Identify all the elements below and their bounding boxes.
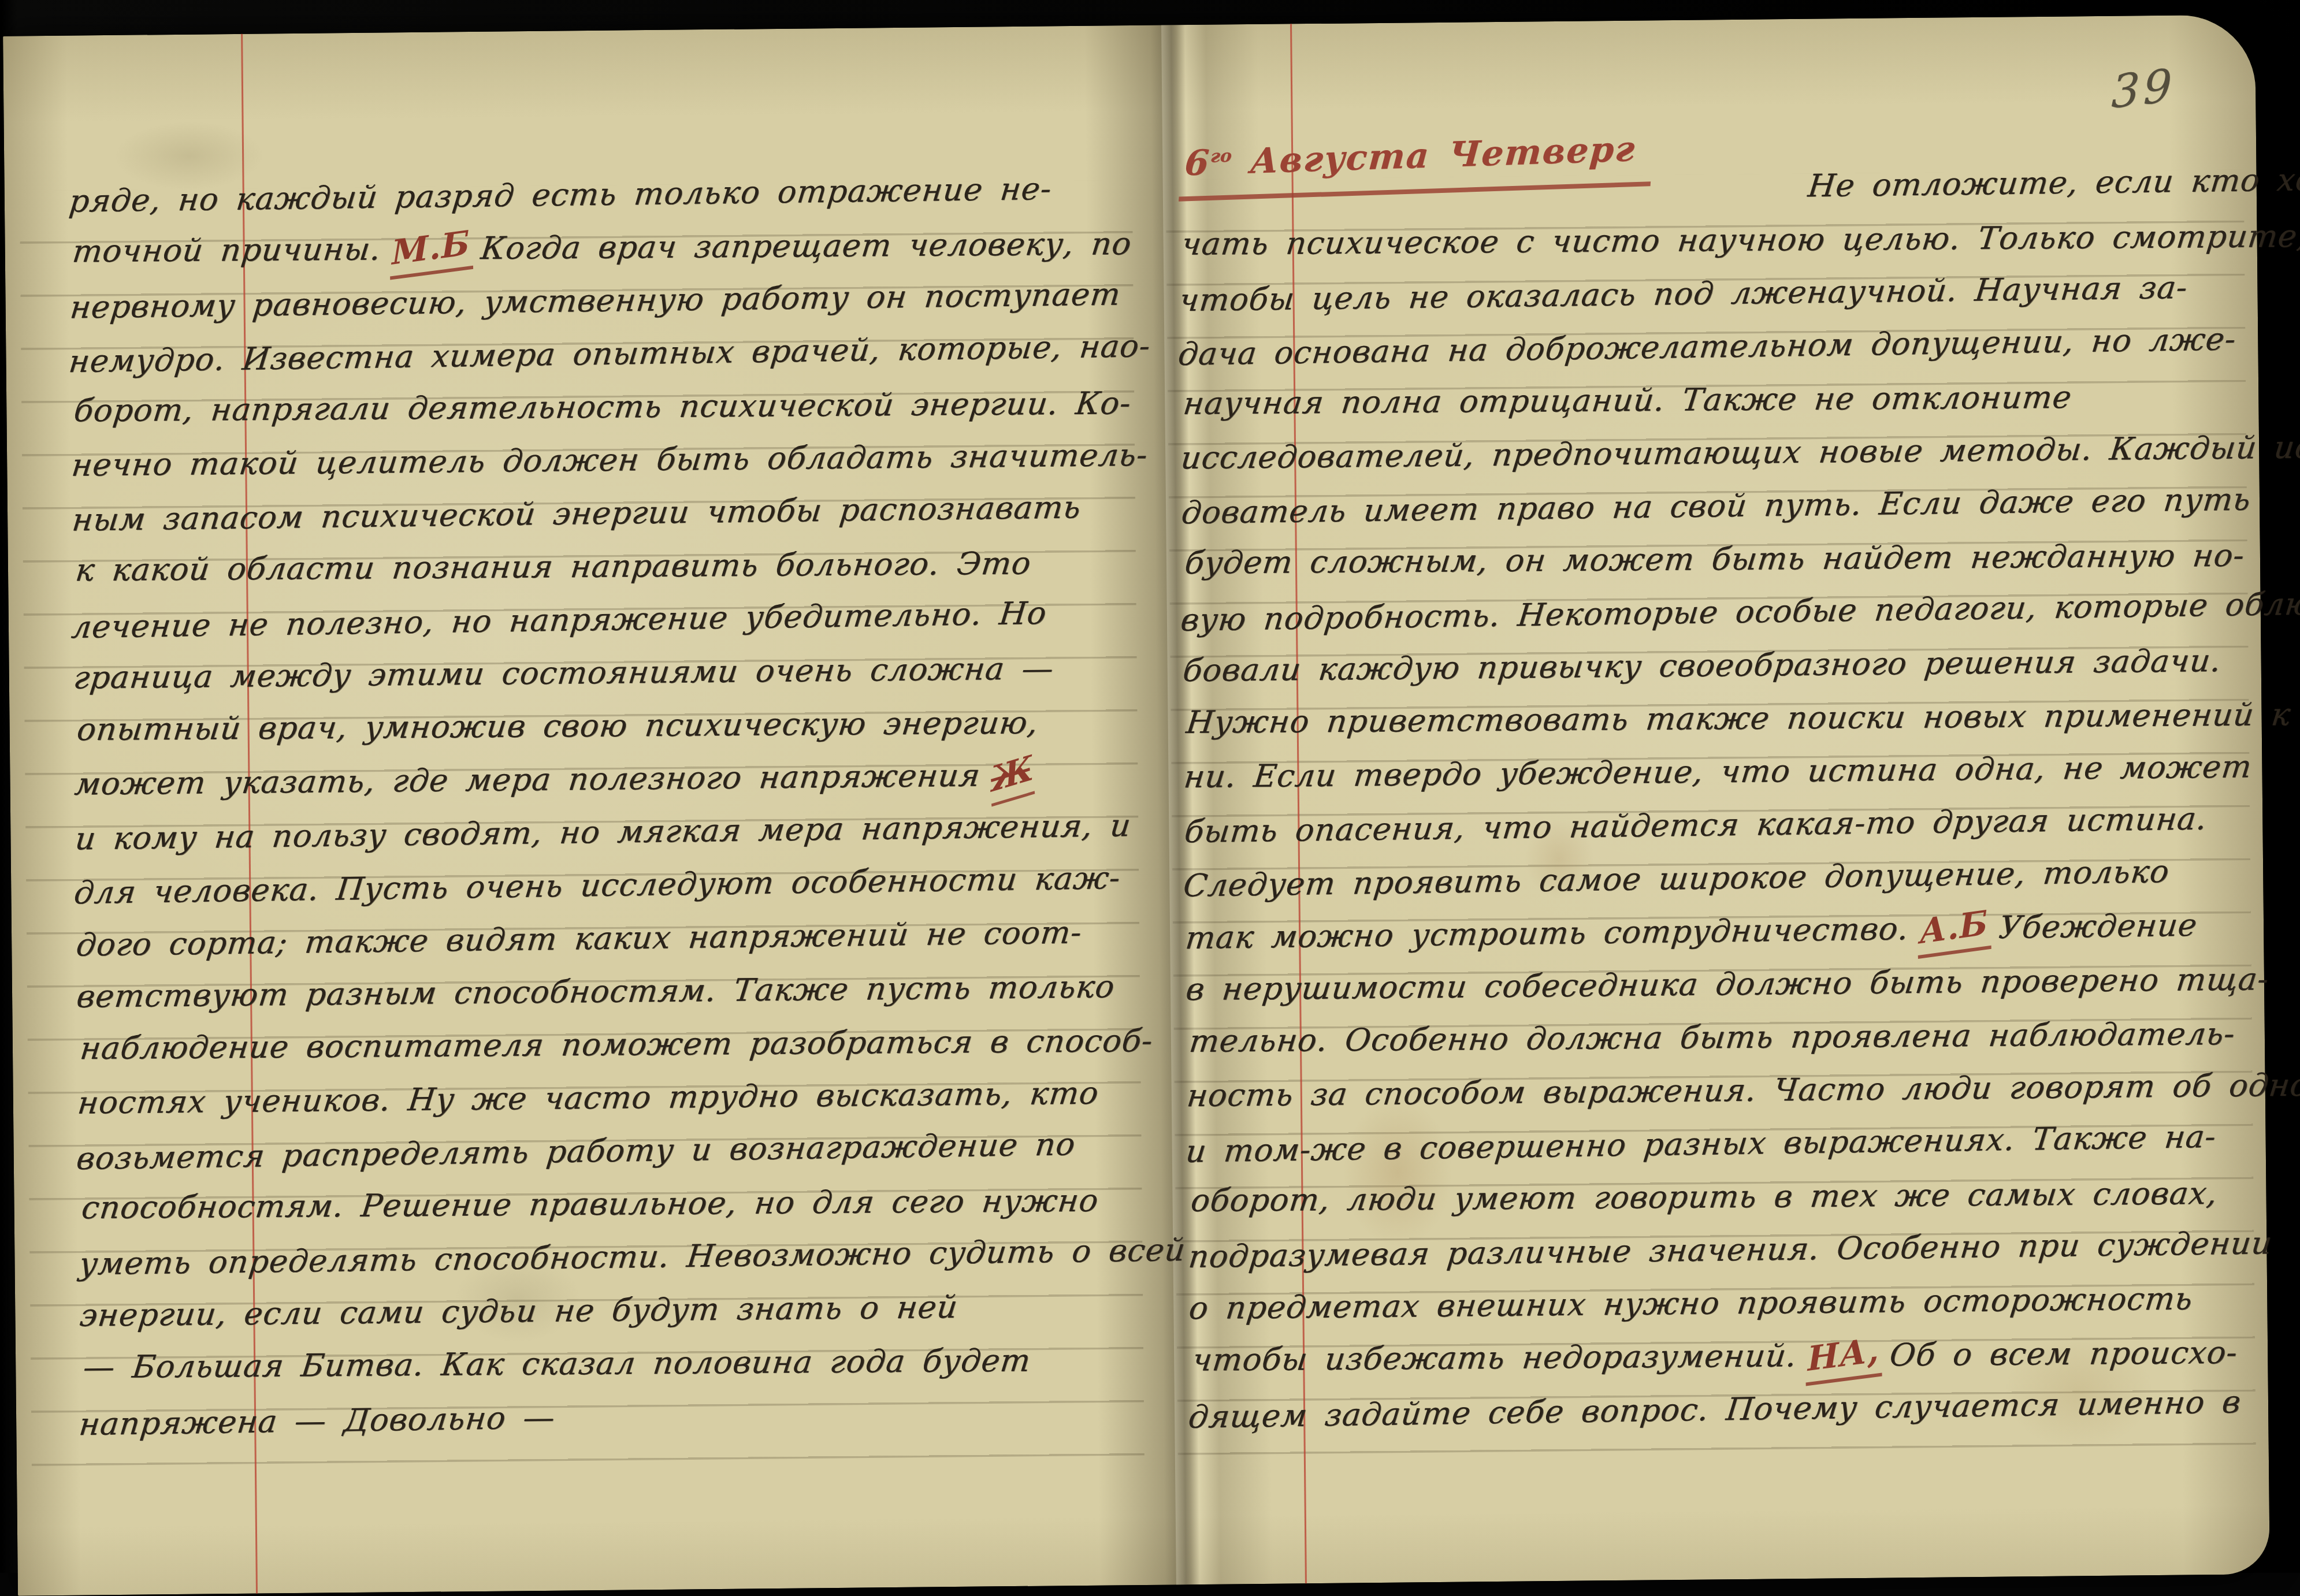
handwritten-line: опытный врач, умножив свою психическую э… — [77, 695, 1152, 756]
line-text: Когда врач запрещает человеку, по — [478, 217, 1134, 275]
entry-date-day: 6 — [1183, 143, 1212, 184]
line-text: Об о всем происхо- — [1887, 1326, 2240, 1382]
line-text: ным запасом психической энергии чтобы ра… — [69, 481, 1084, 546]
line-text: может указать, где мера полезного напряж… — [72, 749, 983, 811]
handwritten-line: в нерушимости собеседника должно быть пр… — [1186, 953, 2265, 1016]
line-text: напряжена — Довольно — — [76, 1391, 558, 1451]
red-annotation-mark: А.Б — [1916, 905, 1991, 959]
red-annotation-mark: М.Б — [389, 225, 473, 280]
line-text: борот, напрягали деятельность психическо… — [71, 377, 1134, 437]
line-text: ветствуют разным способностям. Также пус… — [74, 960, 1118, 1023]
line-text: ряде, но каждый разряд есть только отраж… — [66, 162, 1054, 228]
line-text: в нерушимости собеседника должно быть пр… — [1183, 953, 2272, 1016]
notebook-spread: ряде, но каждый разряд есть только отраж… — [3, 14, 2270, 1573]
handwritten-line: бовали каждую привычку своеобразного реш… — [1183, 634, 2261, 697]
line-text: к какой области познания направить больн… — [73, 537, 1034, 597]
line-text: чтобы избежать недоразумений. — [1190, 1329, 1800, 1387]
handwritten-line: энергии, если сами судьи не будут знать … — [80, 1279, 1155, 1342]
left-page-text: ряде, но каждый разряд есть только отраж… — [69, 163, 1155, 1449]
handwritten-line: ветствуют разным способностям. Также пус… — [77, 960, 1152, 1024]
line-text: Нужно приветствовать также поиски новых … — [1183, 687, 2300, 749]
line-text: так можно устроить сотрудничество. — [1183, 902, 1912, 965]
line-text: опытный врач, умножив свою психическую э… — [74, 696, 1041, 756]
handwritten-line: наблюдение воспитателя поможет разобрать… — [80, 1014, 1155, 1075]
handwritten-line: Нужно приветствовать также поиски новых … — [1186, 689, 2265, 749]
line-text: — Большая Битва. Как сказал половина год… — [80, 1334, 1034, 1394]
page-number: 39 — [2110, 59, 2176, 119]
right-page-text: Не отложите, если кто хочет изу-чать пси… — [1178, 155, 2268, 1441]
scan-background: ряде, но каждый разряд есть только отраж… — [0, 0, 2300, 1573]
handwritten-line: борот, напрягали деятельность психическо… — [74, 377, 1149, 437]
line-text: научная полна отрицаний. Также не отклон… — [1180, 371, 2075, 430]
line-text: энергии, если сами судьи не будут знать … — [77, 1281, 961, 1342]
red-annotation-mark: НА, — [1805, 1332, 1882, 1386]
line-text: наблюдение воспитателя поможет разобрать… — [77, 1014, 1156, 1075]
handwritten-line: научная полна отрицаний. Также не отклон… — [1183, 370, 2262, 430]
handwritten-line: граница между этими состояниями очень сл… — [73, 641, 1149, 705]
red-annotation-mark: Ж — [987, 750, 1035, 807]
line-text: Убеждение — [1996, 899, 2200, 955]
entry-date-ordinal: го — [1210, 146, 1232, 167]
handwritten-line: о предметах внешних нужно проявить остор… — [1189, 1271, 2268, 1335]
handwritten-line: тельно. Особенно должна быть проявлена н… — [1190, 1007, 2268, 1068]
line-text: о предметах внешних нужно проявить остор… — [1186, 1272, 2195, 1335]
line-text: тельно. Особенно должна быть проявлена н… — [1187, 1007, 2238, 1068]
line-text: точной причины. — [69, 223, 384, 278]
line-text: способностям. Решение правильное, но для… — [79, 1174, 1101, 1235]
line-text: оборот, люди умеют говорить в тех же сам… — [1188, 1167, 2220, 1227]
line-text: бовали каждую привычку своеобразного реш… — [1180, 634, 2224, 697]
line-text: граница между этими состояниями очень сл… — [71, 642, 1057, 704]
